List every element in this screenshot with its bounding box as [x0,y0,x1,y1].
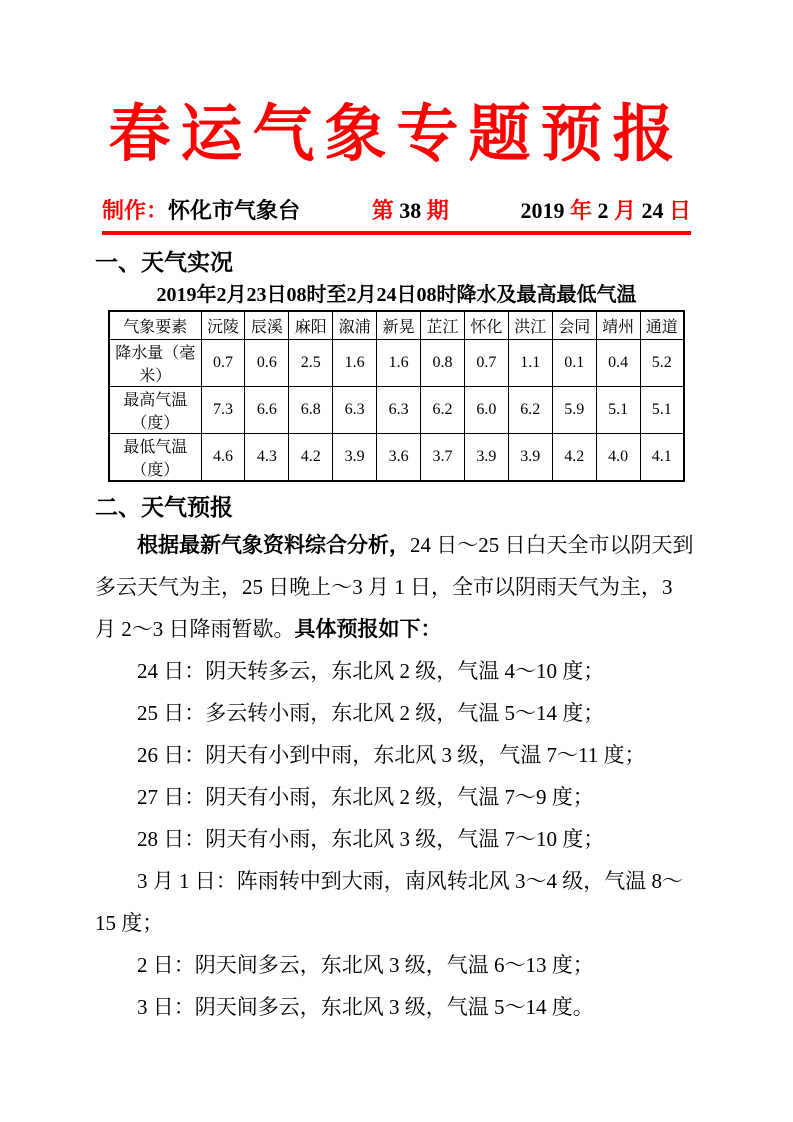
table-cell: 0.1 [552,340,596,387]
forecast-line-25: 25 日：多云转小雨，东北风 2 级，气温 5～14 度； [95,692,703,734]
table-header-cell: 麻阳 [289,311,333,340]
table-cell: 6.8 [289,387,333,434]
date-month-unit: 月 [614,198,636,223]
table-header-cell: 沅陵 [201,311,245,340]
forecast-line-27: 27 日：阴天有小雨，东北风 2 级，气温 7～9 度； [95,776,703,818]
table-cell: 5.1 [640,387,684,434]
table-cell: 3.6 [377,434,421,482]
intro-text: 月 2～3 日降雨暂歇。 [95,617,295,641]
intro-text: 24 日～25 日白天全市以阴天到 [410,533,694,557]
document-page: 春运气象专题预报 制作：怀化市气象台 第 38 期 2019 年 2 月 24 … [0,0,793,1122]
producer: 制作：怀化市气象台 [102,196,300,226]
producer-name: 怀化市气象台 [168,198,300,223]
table-cell: 6.2 [421,387,465,434]
table-header-cell: 通道 [640,311,684,340]
table-cell: 4.0 [596,434,640,482]
row-label: 最低气温（度） [109,434,201,482]
table-cell: 0.6 [245,340,289,387]
table-header-cell: 气象要素 [109,311,201,340]
table-row-min-temp: 最低气温（度） 4.6 4.3 4.2 3.9 3.6 3.7 3.9 3.9 … [109,434,684,482]
table-header-cell: 新晃 [377,311,421,340]
intro-bold-tail: 具体预报如下： [295,617,442,641]
forecast-line-mar1-continued: 15 度； [95,902,703,944]
date-year: 2019 [520,198,564,223]
table-cell: 0.8 [421,340,465,387]
table-row-max-temp: 最高气温（度） 7.3 6.6 6.8 6.3 6.3 6.2 6.0 6.2 … [109,387,684,434]
forecast-line-24: 24 日：阴天转多云，东北风 2 级，气温 4～10 度； [95,650,703,692]
divider-rule [102,231,691,235]
table-cell: 3.9 [508,434,552,482]
section1-heading: 一、天气实况 [95,247,793,279]
producer-label: 制作： [102,198,168,223]
table-cell: 4.6 [201,434,245,482]
issue-number: 38 [399,198,421,223]
table-cell: 5.1 [596,387,640,434]
table-cell: 3.9 [333,434,377,482]
issue-prefix: 第 [372,198,394,223]
table-cell: 4.3 [245,434,289,482]
table-header-cell: 会同 [552,311,596,340]
table-header-cell: 芷江 [421,311,465,340]
table-header-cell: 辰溪 [245,311,289,340]
table-cell: 1.1 [508,340,552,387]
intro-bold-lead: 根据最新气象资料综合分析， [137,533,410,557]
table-cell: 6.6 [245,387,289,434]
date-month: 2 [597,198,608,223]
table-cell: 6.2 [508,387,552,434]
table-cell: 0.7 [201,340,245,387]
forecast-line-mar2: 2 日：阴天间多云，东北风 3 级，气温 6～13 度； [95,944,703,986]
table-cell: 4.1 [640,434,684,482]
table-cell: 6.3 [377,387,421,434]
forecast-intro-line: 月 2～3 日降雨暂歇。具体预报如下： [95,608,703,650]
table-header-row: 气象要素 沅陵 辰溪 麻阳 溆浦 新晃 芷江 怀化 洪江 会同 靖州 通道 [109,311,684,340]
table-cell: 7.3 [201,387,245,434]
weather-table: 气象要素 沅陵 辰溪 麻阳 溆浦 新晃 芷江 怀化 洪江 会同 靖州 通道 降水… [108,310,685,482]
table-header-cell: 洪江 [508,311,552,340]
table-row-precipitation: 降水量（毫米） 0.7 0.6 2.5 1.6 1.6 0.8 0.7 1.1 … [109,340,684,387]
table-cell: 6.0 [464,387,508,434]
date-day-unit: 日 [669,198,691,223]
issue-date: 2019 年 2 月 24 日 [520,196,691,226]
table-cell: 5.2 [640,340,684,387]
forecast-intro-line: 根据最新气象资料综合分析，24 日～25 日白天全市以阴天到 [95,524,703,566]
forecast-line-26: 26 日：阴天有小到中雨，东北风 3 级，气温 7～11 度； [95,734,703,776]
table-cell: 1.6 [333,340,377,387]
table-cell: 4.2 [289,434,333,482]
table-cell: 3.7 [421,434,465,482]
intro-text: 多云天气为主，25 日晚上～3 月 1 日，全市以阴雨天气为主，3 [95,575,673,599]
forecast-line-mar3: 3 日：阴天间多云，东北风 3 级，气温 5～14 度。 [95,986,703,1028]
section2-heading: 二、天气预报 [95,492,793,524]
issue: 第 38 期 [372,196,449,226]
table-cell: 6.3 [333,387,377,434]
forecast-line-28: 28 日：阴天有小雨，东北风 3 级，气温 7～10 度； [95,818,703,860]
masthead: 制作：怀化市气象台 第 38 期 2019 年 2 月 24 日 [102,196,691,226]
row-label: 降水量（毫米） [109,340,201,387]
table-cell: 2.5 [289,340,333,387]
table-cell: 4.2 [552,434,596,482]
issue-suffix: 期 [427,198,449,223]
table-header-cell: 靖州 [596,311,640,340]
table-header-cell: 溆浦 [333,311,377,340]
document-title: 春运气象专题预报 [0,0,793,182]
table-cell: 3.9 [464,434,508,482]
forecast-intro-line: 多云天气为主，25 日晚上～3 月 1 日，全市以阴雨天气为主，3 [95,566,703,608]
row-label: 最高气温（度） [109,387,201,434]
date-day: 24 [641,198,663,223]
table-cell: 5.9 [552,387,596,434]
table-cell: 1.6 [377,340,421,387]
table-cell: 0.4 [596,340,640,387]
date-year-unit: 年 [570,198,592,223]
table-header-cell: 怀化 [464,311,508,340]
table-cell: 0.7 [464,340,508,387]
forecast-line-mar1: 3 月 1 日：阵雨转中到大雨，南风转北风 3～4 级，气温 8～ [95,860,703,902]
weather-table-title: 2019年2月23日08时至2月24日08时降水及最高最低气温 [0,281,793,309]
